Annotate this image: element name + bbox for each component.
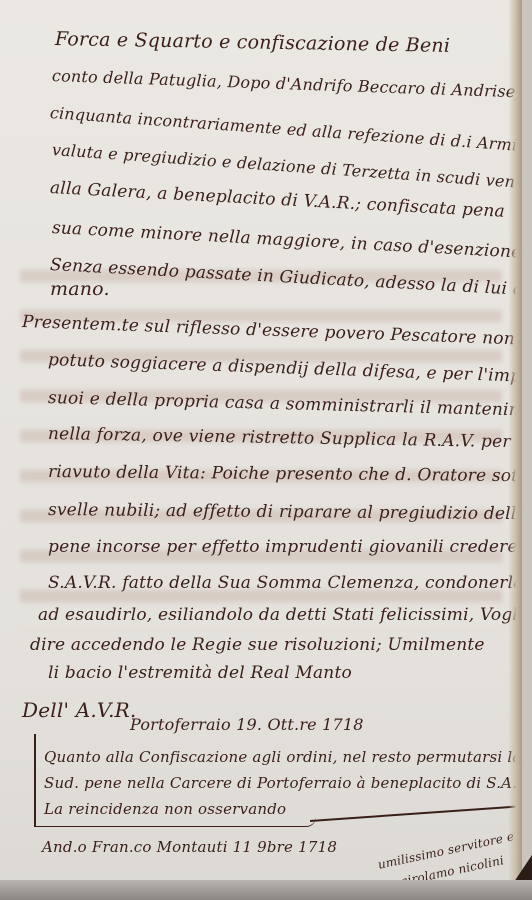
body-line-15: pene incorse per effetto imprudenti giov… bbox=[48, 537, 522, 557]
body-line-19: li bacio l'estremità del Real Manto bbox=[48, 663, 352, 683]
rescript-line-1: Quanto alla Confiscazione agli ordini, n… bbox=[44, 748, 522, 766]
addressee-line: Dell' A.V.R. bbox=[22, 698, 136, 722]
body-line-17: ad esaudirlo, esiliandolo da detti Stati… bbox=[38, 605, 522, 625]
body-line-8: mano. bbox=[50, 278, 110, 300]
manuscript-page: Forca e Squarto e confiscazione de Beni … bbox=[0, 0, 522, 890]
rescript-line-3: La reincidenza non osservando bbox=[44, 800, 286, 818]
body-line-18: dire accedendo le Regie sue risoluzioni;… bbox=[30, 635, 485, 655]
page-bottom-edge bbox=[0, 880, 532, 900]
body-line-2: conto della Patuglia, Dopo d'Andrifo Bec… bbox=[52, 66, 522, 105]
date-line: Portoferraio 19. Ott.re 1718 bbox=[130, 715, 364, 734]
body-line-1: Forca e Squarto e confiscazione de Beni bbox=[55, 28, 450, 57]
body-line-14: svelle nubili; ad effetto di riparare al… bbox=[48, 500, 522, 524]
rescript-line-2: Sud. pene nella Carcere di Portoferraio … bbox=[44, 774, 522, 792]
rescript-underline bbox=[310, 805, 522, 821]
body-line-16: S.A.V.R. fatto della Sua Somma Clemenza,… bbox=[48, 573, 522, 593]
signature-line: And.o Fran.co Montauti 11 9bre 1718 bbox=[42, 838, 337, 856]
